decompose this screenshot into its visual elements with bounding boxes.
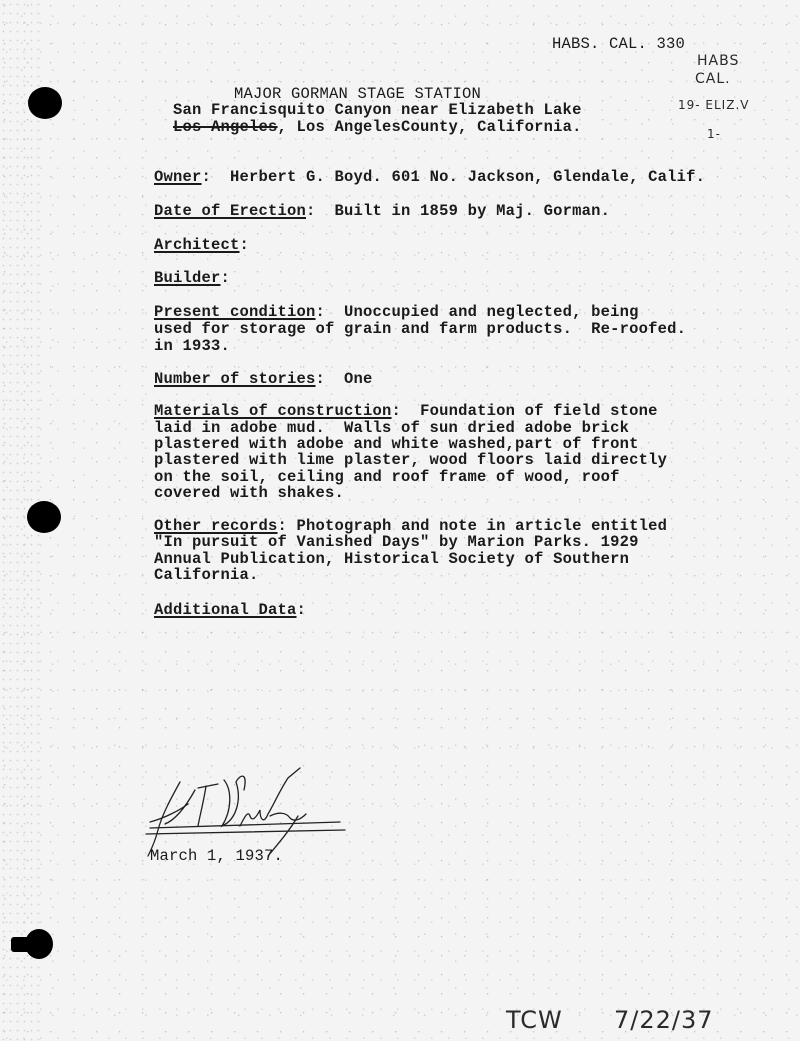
field-label: Number of stories (154, 370, 316, 388)
field-architect: Architect: (154, 237, 249, 254)
handwritten-index-eliz: 19- ELIZ.V (678, 98, 749, 112)
handwritten-index-sheet: 1- (707, 127, 721, 141)
field-label: Materials of construction (154, 402, 392, 420)
punch-hole-top (28, 87, 62, 119)
field-value: Built in 1859 by Maj. Gorman. (335, 202, 611, 220)
field-date-of-erection: Date of Erection: Built in 1859 by Maj. … (154, 203, 610, 220)
punch-hole-middle (27, 501, 61, 533)
field-continuation: plastered with lime plaster, wood floors… (154, 452, 667, 469)
field-label: Architect (154, 236, 240, 254)
field-continuation: in 1933. (154, 338, 230, 355)
field-label: Owner (154, 168, 202, 186)
field-label: Present condition (154, 303, 316, 321)
field-continuation: "In pursuit of Vanished Days" by Marion … (154, 534, 639, 551)
handwritten-index-habs: HABS (697, 53, 739, 69)
field-label: Date of Erection (154, 202, 306, 220)
field-owner: Owner: Herbert G. Boyd. 601 No. Jackson,… (154, 169, 705, 186)
field-value: Unoccupied and neglected, being (344, 303, 639, 321)
punch-hole-bottom-tab (11, 937, 31, 952)
field-label: Additional Data (154, 601, 297, 619)
field-continuation: covered with shakes. (154, 485, 344, 502)
field-continuation: California. (154, 567, 259, 584)
field-materials: Materials of construction: Foundation of… (154, 403, 658, 420)
signature (140, 760, 360, 860)
field-builder: Builder: (154, 270, 230, 287)
field-value: Foundation of field stone (420, 402, 658, 420)
footer-date: 7/22/37 (614, 1006, 714, 1034)
location-line-2: Los Angeles, Los AngelesCounty, Californ… (173, 119, 582, 136)
field-label: Builder (154, 269, 221, 287)
field-additional-data: Additional Data: (154, 602, 306, 619)
field-value: Herbert G. Boyd. 601 No. Jackson, Glenda… (230, 168, 705, 186)
location-rest: , Los AngelesCounty, California. (278, 118, 582, 136)
handwritten-index-cal: CAL. (695, 71, 731, 87)
field-continuation: used for storage of grain and farm produ… (154, 321, 686, 338)
reference-number: HABS. CAL. 330 (552, 36, 685, 53)
location-line-1: San Francisquito Canyon near Elizabeth L… (173, 102, 582, 119)
struck-location: Los Angeles (173, 118, 278, 136)
field-value: One (344, 370, 373, 388)
footer-initials: TCW (506, 1006, 563, 1034)
field-present-condition: Present condition: Unoccupied and neglec… (154, 304, 639, 321)
field-number-of-stories: Number of stories: One (154, 371, 373, 388)
signature-date: March 1, 1937. (150, 848, 283, 865)
